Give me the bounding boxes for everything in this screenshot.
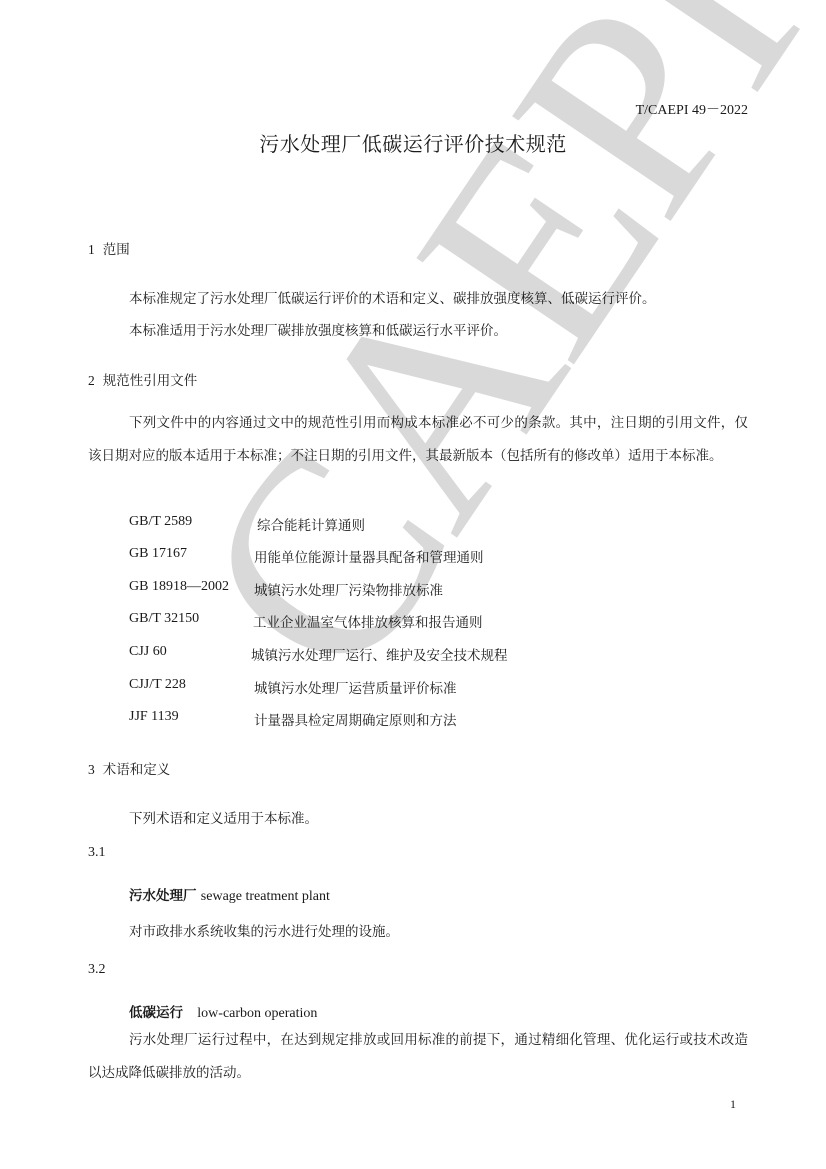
- section-title: 规范性引用文件: [103, 373, 198, 389]
- reference-code: GB/T 32150: [129, 611, 199, 627]
- reference-code: CJJ/T 228: [129, 677, 186, 693]
- term-en: sewage treatment plant: [201, 889, 330, 904]
- term-zh: 污水处理厂: [129, 888, 197, 904]
- section-number: 2: [88, 373, 95, 388]
- reference-title: 工业企业温室气体排放核算和报告通则: [253, 611, 483, 631]
- reference-code: GB 18918—2002: [129, 579, 229, 595]
- term-number: 3.2: [88, 962, 106, 978]
- paragraph: 下列文件中的内容通过文中的规范性引用而构成本标准必不可少的条款。其中，注日期的引…: [88, 407, 748, 473]
- paragraph: 本标准适用于污水处理厂碳排放强度核算和低碳运行水平评价。: [129, 319, 507, 339]
- page-title: 污水处理厂低碳运行评价技术规范: [0, 128, 826, 157]
- term-heading: 污水处理厂 sewage treatment plant: [129, 884, 330, 905]
- section-title: 范围: [103, 242, 130, 258]
- term-number: 3.1: [88, 845, 106, 861]
- section-number: 3: [88, 762, 95, 777]
- standard-number: T/CAEPI 49－2022: [636, 99, 748, 119]
- term-en: low-carbon operation: [197, 1006, 317, 1021]
- section-1-heading: 1范围: [88, 238, 130, 258]
- section-title: 术语和定义: [103, 762, 171, 778]
- term-zh: 低碳运行: [129, 1005, 183, 1021]
- paragraph: 下列术语和定义适用于本标准。: [129, 807, 318, 827]
- reference-code: CJJ 60: [129, 644, 167, 660]
- term-definition: 对市政排水系统收集的污水进行处理的设施。: [129, 920, 399, 940]
- page-number: 1: [730, 1097, 736, 1112]
- paragraph: 本标准规定了污水处理厂低碳运行评价的术语和定义、碳排放强度核算、低碳运行评价。: [129, 287, 656, 307]
- section-number: 1: [88, 242, 95, 257]
- reference-code: GB 17167: [129, 546, 187, 562]
- reference-code: JJF 1139: [129, 709, 179, 725]
- reference-title: 计量器具检定周期确定原则和方法: [254, 709, 457, 729]
- term-definition: 污水处理厂运行过程中，在达到规定排放或回用标准的前提下，通过精细化管理、优化运行…: [88, 1024, 748, 1090]
- section-3-heading: 3术语和定义: [88, 758, 170, 778]
- document-page: CAEPI T/CAEPI 49－2022 污水处理厂低碳运行评价技术规范 1范…: [0, 0, 826, 1169]
- reference-title: 城镇污水处理厂污染物排放标准: [254, 579, 443, 599]
- reference-title: 城镇污水处理厂运行、维护及安全技术规程: [251, 644, 508, 664]
- reference-title: 综合能耗计算通则: [257, 514, 365, 534]
- page-content: T/CAEPI 49－2022 污水处理厂低碳运行评价技术规范 1范围 本标准规…: [0, 0, 826, 1169]
- reference-title: 城镇污水处理厂运营质量评价标准: [254, 677, 457, 697]
- term-heading: 低碳运行 low-carbon operation: [129, 1001, 317, 1022]
- section-2-heading: 2规范性引用文件: [88, 369, 197, 389]
- reference-code: GB/T 2589: [129, 514, 192, 530]
- reference-title: 用能单位能源计量器具配备和管理通则: [254, 546, 484, 566]
